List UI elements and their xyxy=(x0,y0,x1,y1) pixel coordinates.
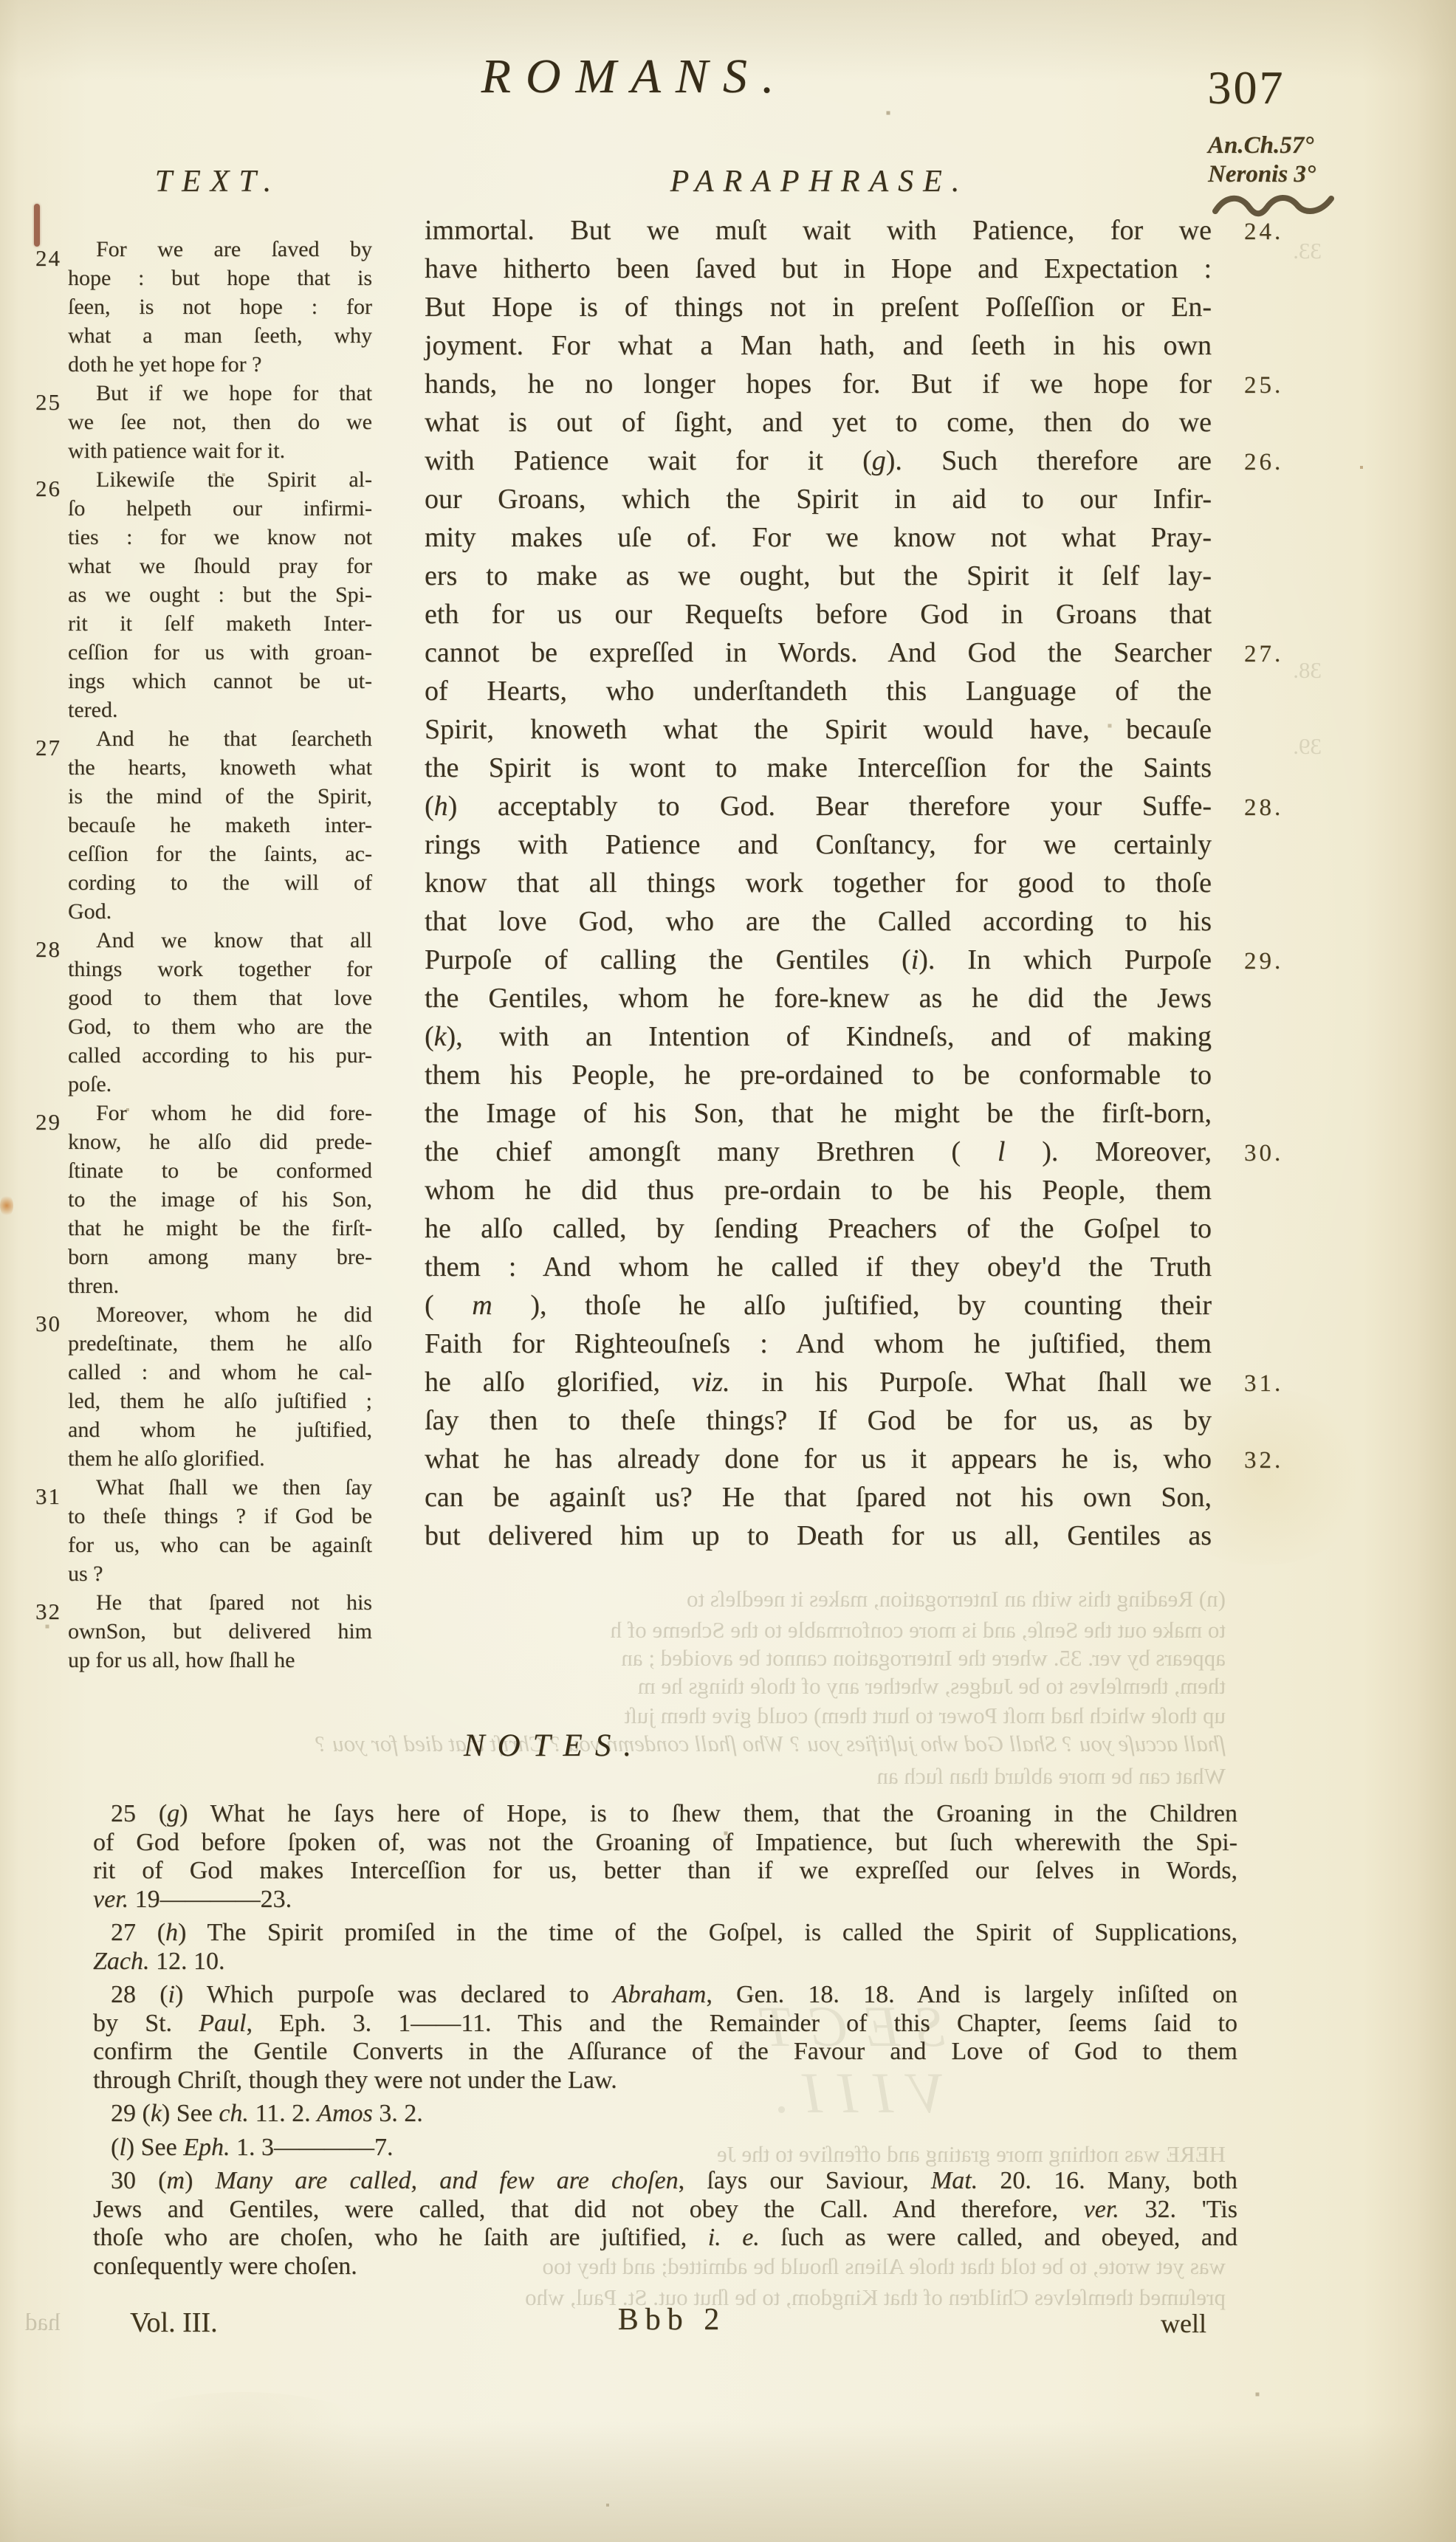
bleed-through-line: preſumed themſelves Children of that Kin… xyxy=(413,2284,1226,2311)
margin-verse-number: 28. xyxy=(1244,789,1306,827)
text-line: is the mind of the Spirit, xyxy=(68,782,372,811)
text-line: that he might be the firſt- xyxy=(68,1214,372,1243)
note-line: 25 (g) What he ſays here of Hope, is to … xyxy=(93,1800,1237,1829)
paraphrase-line: the Spirit is wont to make Interceſſion … xyxy=(425,749,1212,787)
text-line: ſo helpeth our infirmi- xyxy=(68,494,372,523)
text-line: For we are ſaved by xyxy=(68,235,372,264)
note-line: through Chriſt, though they were not und… xyxy=(93,2067,1237,2095)
note-line: conſequently were choſen. xyxy=(93,2253,1237,2281)
verse-block: 32He that ſpared not hisownSon, but deli… xyxy=(68,1588,372,1674)
paraphrase-line: cannot be expreſſed in Words. And God th… xyxy=(425,633,1212,672)
note-line: confirm the Gentile Converts in the Aſſu… xyxy=(93,2038,1237,2067)
paraphrase-line: whom he did thus pre-ordain to be his Pe… xyxy=(425,1171,1212,1209)
text-line: with patience wait for it. xyxy=(68,436,372,465)
paraphrase-line: them : And whom he called if they obey'd… xyxy=(425,1248,1212,1286)
paraphrase-line: with Patience wait for it (g). Such ther… xyxy=(425,442,1212,480)
text-line: And we know that all xyxy=(68,926,372,955)
text-line: poſe. xyxy=(68,1070,372,1099)
column-head-paraphrase: PARAPHRASE. xyxy=(517,164,1122,199)
paraphrase-line: Spirit, knoweth what the Spirit would ha… xyxy=(425,710,1212,749)
paraphrase-line: Faith for Righteouſneſs : And whom he ju… xyxy=(425,1325,1212,1363)
verse-number: 32 xyxy=(35,1597,65,1626)
paraphrase-line: that love God, who are the Called accord… xyxy=(425,902,1212,941)
text-line: know, he alſo did prede- xyxy=(68,1127,372,1156)
text-line: ties : for we know not xyxy=(68,523,372,552)
text-line: predeſtinate, them he alſo xyxy=(68,1329,372,1358)
paraphrase-line: rings with Patience and Conſtancy, for w… xyxy=(425,825,1212,864)
text-line: Moreover, whom he did xyxy=(68,1300,372,1329)
bleed-through-line: them, themſelves to be Judges, whether a… xyxy=(413,1673,1226,1700)
text-line: and whom he juſtified, xyxy=(68,1415,372,1444)
text-line: ings which cannot be ut- xyxy=(68,667,372,695)
text-line: what we ſhould pray for xyxy=(68,552,372,580)
text-line: up for us all, how ſhall he xyxy=(68,1646,372,1674)
text-line: ownSon, but delivered him xyxy=(68,1617,372,1646)
paraphrase-line: ers to make as we ought, but the Spirit … xyxy=(425,557,1212,595)
verse-block: 27And he that ſearcheththe hearts, knowe… xyxy=(68,724,372,926)
paraphrase-line: But Hope is of things not in preſent Poſ… xyxy=(425,288,1212,326)
footer-catchword: well xyxy=(1161,2308,1206,2339)
text-line: cording to the will of xyxy=(68,868,372,897)
bleed-through-line: to make out the Senſe, and is more confo… xyxy=(413,1617,1226,1643)
margin-verse-number: 31. xyxy=(1244,1364,1306,1403)
note-line: 28 (i) Which purpoſe was declared to Abr… xyxy=(93,1981,1237,2010)
text-line: God, to them who are the xyxy=(68,1012,372,1041)
note-line: 30 (m) Many are called, and few are choſ… xyxy=(93,2167,1237,2196)
margin-verse-number: 26. xyxy=(1244,443,1306,481)
text-line: ſeen, is not hope : for xyxy=(68,292,372,321)
paraphrase-line: the Gentiles, whom he fore-knew as he di… xyxy=(425,979,1212,1017)
note-line: 29 (k) See ch. 11. 2. Amos 3. 2. xyxy=(93,2100,1237,2129)
paraphrase-line: but delivered him up to Death for us all… xyxy=(425,1516,1212,1555)
bleed-through-margin-number: 39. xyxy=(1255,733,1322,760)
footer-volume: Vol. III. xyxy=(130,2306,218,2339)
note-line: (l) See Eph. 1. 3————7. xyxy=(93,2134,1237,2163)
margin-era-line1: An.Ch.57° xyxy=(1208,131,1378,160)
orange-stain xyxy=(0,1195,13,1217)
paper-stain xyxy=(89,2392,399,2510)
note-line: 27 (h) The Spirit promiſed in the time o… xyxy=(93,1919,1237,1948)
note-paragraph: 28 (i) Which purpoſe was declared to Abr… xyxy=(93,1981,1237,2095)
text-line: we ſee not, then do we xyxy=(68,408,372,436)
paraphrase-line: ( m ), thoſe he alſo juſtified, by count… xyxy=(425,1286,1212,1325)
text-line: good to them that love xyxy=(68,983,372,1012)
text-line: Likewiſe the Spirit al- xyxy=(68,465,372,494)
text-line: He that ſpared not his xyxy=(68,1588,372,1617)
page-number: 307 xyxy=(1187,61,1305,115)
paraphrase-line: the chief amongſt many Brethren ( l ). M… xyxy=(425,1133,1212,1171)
bleed-through-line: appears by ver. 35. where the Interrogat… xyxy=(413,1645,1226,1672)
paraphrase-line: (h) acceptably to God. Bear therefore yo… xyxy=(425,787,1212,825)
text-line: ceſſion for us with groan- xyxy=(68,638,372,667)
verse-number: 26 xyxy=(35,474,65,503)
bleed-through-catchword: had xyxy=(25,2309,61,2337)
text-line: ceſſion for the ſaints, ac- xyxy=(68,839,372,868)
red-ink-mark xyxy=(34,204,40,247)
paper-specks xyxy=(0,0,1,1)
verse-number: 24 xyxy=(35,244,65,272)
paraphrase-line: the Image of his Son, that he might be t… xyxy=(425,1094,1212,1133)
bleed-through-line: (n) Reading this with an Interrogation, … xyxy=(413,1586,1226,1612)
verse-number: 27 xyxy=(35,733,65,762)
scanned-book-page: (n) Reading this with an Interrogation, … xyxy=(0,0,1456,2542)
note-paragraph: 27 (h) The Spirit promiſed in the time o… xyxy=(93,1919,1237,1976)
text-line: rit it ſelf maketh Inter- xyxy=(68,609,372,638)
verse-number: 25 xyxy=(35,388,65,416)
text-line: And he that ſearcheth xyxy=(68,724,372,753)
note-paragraph: 30 (m) Many are called, and few are choſ… xyxy=(93,2167,1237,2281)
verse-block: 30Moreover, whom he didpredeſtinate, the… xyxy=(68,1300,372,1473)
margin-verse-number: 24. xyxy=(1244,213,1306,251)
text-column: 24For we are ſaved byhope : but hope tha… xyxy=(68,235,372,1674)
paraphrase-line: our Groans, which the Spirit in aid to o… xyxy=(425,480,1212,518)
margin-era-line2: Neronis 3° xyxy=(1208,160,1378,189)
bleed-through-line: What can be more abſurd than ſuch an xyxy=(413,1763,1226,1790)
margin-verse-number: 27. xyxy=(1244,635,1306,673)
note-line: by St. Paul, Eph. 3. 1——11. This and the… xyxy=(93,2010,1237,2038)
text-line: hope : but hope that is xyxy=(68,264,372,292)
text-line: doth he yet hope for ? xyxy=(68,350,372,379)
verse-block: 25But if we hope for thatwe ſee not, the… xyxy=(68,379,372,465)
notes-column: 25 (g) What he ſays here of Hope, is to … xyxy=(93,1800,1237,2286)
paraphrase-line: mity makes uſe of. For we know not what … xyxy=(425,518,1212,557)
paraphrase-line: immortal. But we muſt wait with Patience… xyxy=(425,211,1212,250)
verse-block: 28And we know that allthings work togeth… xyxy=(68,926,372,1099)
margin-verse-number: 29. xyxy=(1244,942,1306,980)
note-line: ver. 19————23. xyxy=(93,1886,1237,1914)
text-line: But if we hope for that xyxy=(68,379,372,408)
note-paragraph: 29 (k) See ch. 11. 2. Amos 3. 2. xyxy=(93,2100,1237,2129)
notes-head: NOTES. xyxy=(399,1728,709,1764)
text-line: called : and whom he cal- xyxy=(68,1358,372,1387)
paraphrase-line: Purpoſe of calling the Gentiles (i). In … xyxy=(425,941,1212,979)
running-head: ROMANS. xyxy=(310,49,960,105)
verse-block: 29For whom he did fore-know, he alſo did… xyxy=(68,1099,372,1300)
paraphrase-line: he alſo glorified, viz. in his Purpoſe. … xyxy=(425,1363,1212,1401)
paraphrase-line: have hitherto been ſaved but in Hope and… xyxy=(425,250,1212,288)
note-paragraph: (l) See Eph. 1. 3————7. xyxy=(93,2134,1237,2163)
text-line: what a man ſeeth, why xyxy=(68,321,372,350)
paraphrase-column: immortal. But we muſt wait with Patience… xyxy=(425,211,1212,1555)
note-line: Zach. 12. 10. xyxy=(93,1948,1237,1976)
text-line: called according to his pur- xyxy=(68,1041,372,1070)
verse-number: 29 xyxy=(35,1107,65,1136)
paraphrase-line: what is out of ſight, and yet to come, t… xyxy=(425,403,1212,442)
text-line: God. xyxy=(68,897,372,926)
text-line: to theſe things ? if God be xyxy=(68,1502,372,1531)
verse-number: 28 xyxy=(35,935,65,963)
text-line: them he alſo glorified. xyxy=(68,1444,372,1473)
bleed-through-line: up thoſe which had moſt Power to hurt th… xyxy=(413,1703,1226,1729)
text-line: tered. xyxy=(68,695,372,724)
text-line: us ? xyxy=(68,1559,372,1588)
verse-block: 26Likewiſe the Spirit al-ſo helpeth our … xyxy=(68,465,372,724)
text-line: for us, who can be againſt xyxy=(68,1531,372,1559)
text-line: ſtinate to be conformed xyxy=(68,1156,372,1185)
text-line: What ſhall we then ſay xyxy=(68,1473,372,1502)
verse-number: 30 xyxy=(35,1309,65,1338)
margin-verse-number: 25. xyxy=(1244,366,1306,405)
paraphrase-line: can be againſt us? He that ſpared not hi… xyxy=(425,1478,1212,1516)
verse-block: 31What ſhall we then ſayto theſe things … xyxy=(68,1473,372,1588)
paraphrase-line: of Hearts, who underſtandeth this Langua… xyxy=(425,672,1212,710)
margin-era-note: An.Ch.57° Neronis 3° xyxy=(1208,131,1378,189)
note-line: Jews and Gentiles, were called, that did… xyxy=(93,2196,1237,2225)
paraphrase-line: (k), with an Intention of Kindneſs, and … xyxy=(425,1017,1212,1056)
paraphrase-line: hands, he no longer hopes for. But if we… xyxy=(425,365,1212,403)
text-line: thren. xyxy=(68,1271,372,1300)
text-line: things work together for xyxy=(68,955,372,983)
note-line: thoſe who are choſen, who he ſaith are j… xyxy=(93,2224,1237,2253)
text-line: as we ought : but the Spi- xyxy=(68,580,372,609)
margin-verse-number: 30. xyxy=(1244,1134,1306,1172)
text-line: becauſe he maketh inter- xyxy=(68,811,372,839)
paraphrase-line: them his People, he pre-ordained to be c… xyxy=(425,1056,1212,1094)
paraphrase-line: ſay then to theſe things? If God be for … xyxy=(425,1401,1212,1440)
text-line: led, them he alſo juſtified ; xyxy=(68,1387,372,1415)
verse-number: 31 xyxy=(35,1482,65,1511)
note-line: of God before ſpoken of, was not the Gro… xyxy=(93,1829,1237,1858)
note-paragraph: 25 (g) What he ſays here of Hope, is to … xyxy=(93,1800,1237,1914)
paraphrase-line: know that all things work together for g… xyxy=(425,864,1212,902)
text-line: to the image of his Son, xyxy=(68,1185,372,1214)
footer-signature-mark: Bbb 2 xyxy=(561,2302,783,2337)
text-line: born among many bre- xyxy=(68,1243,372,1271)
paraphrase-line: eth for us our Requeſts before God in Gr… xyxy=(425,595,1212,633)
text-line: For whom he did fore- xyxy=(68,1099,372,1127)
paraphrase-line: he alſo called, by ſending Preachers of … xyxy=(425,1209,1212,1248)
paraphrase-line: what he has already done for us it appea… xyxy=(425,1440,1212,1478)
paraphrase-line: joyment. For what a Man hath, and ſeeth … xyxy=(425,326,1212,365)
column-head-text: TEXT. xyxy=(111,164,325,199)
note-line: rit of God makes Interceſſion for us, be… xyxy=(93,1857,1237,1886)
margin-verse-number: 32. xyxy=(1244,1441,1306,1480)
text-line: the hearts, knoweth what xyxy=(68,753,372,782)
verse-block: 24For we are ſaved byhope : but hope tha… xyxy=(68,235,372,379)
